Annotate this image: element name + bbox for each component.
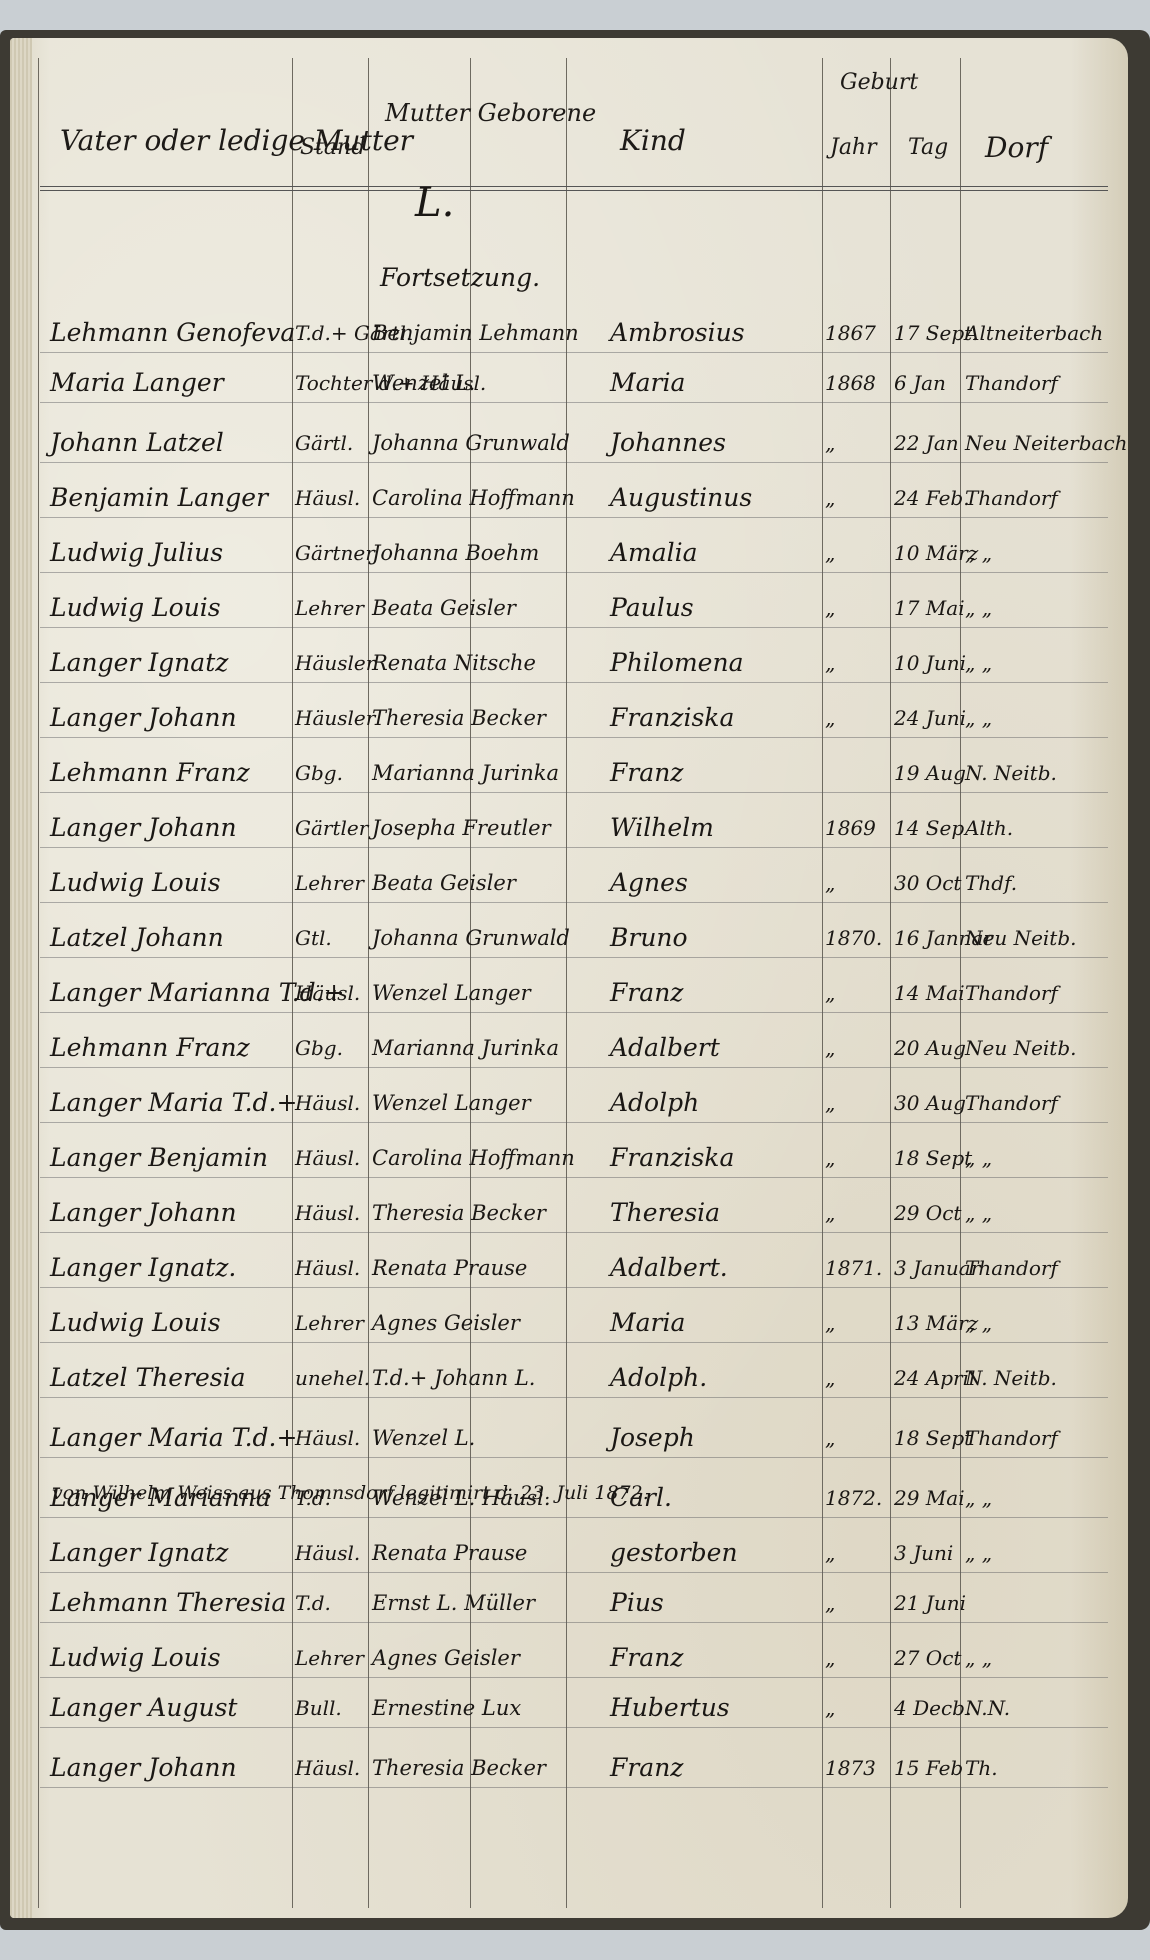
status: Bull. xyxy=(295,1693,342,1723)
row-rule xyxy=(40,352,1108,353)
mother-name: Theresia Becker xyxy=(372,1198,546,1228)
birth-year: „ xyxy=(825,538,835,568)
mother-name: T.d.+ Johann L. xyxy=(372,1363,535,1393)
child-name: Agnes xyxy=(610,868,688,898)
status: Gärtler xyxy=(295,813,368,843)
birth-day: 29 Oct xyxy=(894,1198,961,1228)
row-rule xyxy=(40,1287,1108,1288)
row-rule xyxy=(40,1177,1108,1178)
mother-name: Agnes Geisler xyxy=(372,1308,520,1338)
birth-year: „ xyxy=(825,1538,835,1568)
mother-name: Johanna Boehm xyxy=(372,538,539,568)
child-name: Franz xyxy=(610,1753,683,1783)
child-name: Wilhelm xyxy=(610,813,714,843)
parent-name: Langer August xyxy=(50,1693,237,1723)
birth-year: 1873 xyxy=(825,1753,876,1783)
child-name: Augustinus xyxy=(610,483,752,513)
parent-name: Langer Maria T.d.+ xyxy=(50,1423,297,1453)
child-name: Franz xyxy=(610,978,683,1008)
row-rule xyxy=(40,1067,1108,1068)
child-name: Hubertus xyxy=(610,1693,730,1723)
village: Neu Neitb. xyxy=(965,923,1077,953)
birth-day: 29 Mai xyxy=(894,1483,965,1513)
parent-name: Ludwig Louis xyxy=(50,1643,221,1673)
mother-name: Carolina Hoffmann xyxy=(372,483,575,513)
parent-name: Ludwig Louis xyxy=(50,868,221,898)
village: Altneiterbach xyxy=(965,318,1103,348)
column-line xyxy=(38,58,39,1908)
village: Alth. xyxy=(965,813,1013,843)
birth-year: „ xyxy=(825,1588,835,1618)
status: Häusl. xyxy=(295,1423,360,1453)
status: Gbg. xyxy=(295,758,343,788)
parent-name: Benjamin Langer xyxy=(50,483,268,513)
village: „ „ xyxy=(965,703,992,733)
birth-year: 1871. xyxy=(825,1253,882,1283)
parent-name: Ludwig Julius xyxy=(50,538,223,568)
birth-year: „ xyxy=(825,703,835,733)
mother-name: Carolina Hoffmann xyxy=(372,1143,575,1173)
birth-day: 18 Sept xyxy=(894,1143,972,1173)
village: Thandorf xyxy=(965,978,1058,1008)
village: N. Neitb. xyxy=(965,1363,1057,1393)
child-name: Adolph xyxy=(610,1088,699,1118)
parent-name: Latzel Theresia xyxy=(50,1363,246,1393)
child-name: Adalbert xyxy=(610,1033,720,1063)
mother-name: Wenzel L. xyxy=(372,368,475,398)
mother-name: Ernestine Lux xyxy=(372,1693,521,1723)
birth-year: „ xyxy=(825,868,835,898)
birth-day: 30 Aug xyxy=(894,1088,966,1118)
status: Häusl. xyxy=(295,978,360,1008)
header-day: Tag xyxy=(908,133,948,163)
status: Häusl. xyxy=(295,1088,360,1118)
birth-year: „ xyxy=(825,1308,835,1338)
child-name: Franziska xyxy=(610,1143,734,1173)
parent-name: Johann Latzel xyxy=(50,428,224,458)
birth-day: 18 Sept xyxy=(894,1423,972,1453)
status: Häusl. xyxy=(295,1253,360,1283)
child-name: Bruno xyxy=(610,923,688,953)
row-rule xyxy=(40,1122,1108,1123)
status: Häusl. xyxy=(295,1143,360,1173)
mother-name: Beata Geisler xyxy=(372,593,516,623)
village: Neu Neitb. xyxy=(965,1033,1077,1063)
status: Lehrer xyxy=(295,593,364,623)
birth-year: „ xyxy=(825,1198,835,1228)
village: „ „ xyxy=(965,1143,992,1173)
mother-name: Agnes Geisler xyxy=(372,1643,520,1673)
status: Häusler xyxy=(295,648,375,678)
row-rule xyxy=(40,1342,1108,1343)
child-name: Franz xyxy=(610,1643,683,1673)
row-rule xyxy=(40,1572,1108,1573)
child-name: Philomena xyxy=(610,648,743,678)
village: Thandorf xyxy=(965,483,1058,513)
birth-year: „ xyxy=(825,483,835,513)
child-name: Adolph. xyxy=(610,1363,707,1393)
status: Häusl. xyxy=(295,1198,360,1228)
row-rule xyxy=(40,1727,1108,1728)
mother-name: Johanna Grunwald xyxy=(372,428,570,458)
birth-year: 1869 xyxy=(825,813,876,843)
row-rule xyxy=(40,1012,1108,1013)
row-rule xyxy=(40,627,1108,628)
row-rule xyxy=(40,517,1108,518)
birth-day: 14 Mai xyxy=(894,978,965,1008)
status: Häusl. xyxy=(295,1753,360,1783)
parent-name: Langer Johann xyxy=(50,703,237,733)
status: Gtl. xyxy=(295,923,332,953)
row-rule xyxy=(40,572,1108,573)
row-rule xyxy=(40,1232,1108,1233)
child-name: Adalbert. xyxy=(610,1253,728,1283)
village: „ „ xyxy=(965,1538,992,1568)
birth-day: 20 Aug xyxy=(894,1033,966,1063)
header-child: Kind xyxy=(620,126,686,156)
status: unehel. xyxy=(295,1363,370,1393)
parent-name: Maria Langer xyxy=(50,368,224,398)
birth-day: 6 Jan xyxy=(894,368,946,398)
child-name: gestorben xyxy=(610,1538,738,1568)
birth-day: 15 Feb xyxy=(894,1753,963,1783)
row-rule xyxy=(40,737,1108,738)
birth-year: „ xyxy=(825,593,835,623)
row-rule xyxy=(40,1397,1108,1398)
row-rule xyxy=(40,957,1108,958)
mother-name: Wenzel L. xyxy=(372,1423,475,1453)
mother-name: Renata Prause xyxy=(372,1253,527,1283)
birth-day: 3 Juni xyxy=(894,1538,953,1568)
page-edge xyxy=(10,38,32,1918)
village: Thdf. xyxy=(965,868,1017,898)
birth-day: 17 Mai xyxy=(894,593,965,623)
village: Thandorf xyxy=(965,368,1058,398)
child-name: Ambrosius xyxy=(610,318,745,348)
mother-name: Beata Geisler xyxy=(372,868,516,898)
status: Gbg. xyxy=(295,1033,343,1063)
child-name: Maria xyxy=(610,1308,685,1338)
birth-year: 1872. xyxy=(825,1483,882,1513)
village: Th. xyxy=(965,1753,998,1783)
parent-name: Lehmann Genofeva xyxy=(50,318,295,348)
register-page: Vater oder ledige Mutter Stand Mutter Ge… xyxy=(10,38,1128,1918)
child-name: Paulus xyxy=(610,593,694,623)
village: „ „ xyxy=(965,1643,992,1673)
village: „ „ xyxy=(965,1483,992,1513)
header-village: Dorf xyxy=(985,133,1048,163)
child-name: Franz xyxy=(610,758,683,788)
child-name: Franziska xyxy=(610,703,734,733)
row-rule xyxy=(40,847,1108,848)
parent-name: Langer Ignatz xyxy=(50,1538,228,1568)
birth-year: 1867 xyxy=(825,318,876,348)
birth-year: „ xyxy=(825,978,835,1008)
birth-day: 30 Oct xyxy=(894,868,961,898)
status: Häusl. xyxy=(295,1538,360,1568)
parent-name: Langer Benjamin xyxy=(50,1143,268,1173)
birth-year: 1870. xyxy=(825,923,882,953)
parent-name: Latzel Johann xyxy=(50,923,224,953)
child-name: Pius xyxy=(610,1588,664,1618)
parent-name: Langer Johann xyxy=(50,1198,237,1228)
birth-day: 22 Jan xyxy=(894,428,959,458)
parent-name: Langer Johann xyxy=(50,1753,237,1783)
birth-year: „ xyxy=(825,1033,835,1063)
village: Thandorf xyxy=(965,1253,1058,1283)
row-rule xyxy=(40,1677,1108,1678)
mother-name: Wenzel Langer xyxy=(372,1088,531,1118)
mother-name: Benjamin Lehmann xyxy=(372,318,579,348)
parent-name: Langer Ignatz. xyxy=(50,1253,236,1283)
header-status: Stand xyxy=(300,133,365,163)
birth-year: „ xyxy=(825,1363,835,1393)
header-rule xyxy=(40,186,1108,191)
section-letter: L. xyxy=(415,188,454,218)
birth-year: „ xyxy=(825,1143,835,1173)
status: Häusl. xyxy=(295,483,360,513)
header-year: Jahr xyxy=(830,133,877,163)
mother-name: Theresia Becker xyxy=(372,1753,546,1783)
birth-day: 24 April xyxy=(894,1363,975,1393)
parent-name: Lehmann Theresia xyxy=(50,1588,286,1618)
mother-name: Marianna Jurinka xyxy=(372,1033,559,1063)
child-name: Theresia xyxy=(610,1198,720,1228)
birth-day: 14 Sep xyxy=(894,813,964,843)
village: Thandorf xyxy=(965,1088,1058,1118)
section-note: Fortsetzung. xyxy=(380,263,540,293)
status: Lehrer xyxy=(295,1643,364,1673)
parent-name: Lehmann Franz xyxy=(50,758,250,788)
birth-year: „ xyxy=(825,1423,835,1453)
mother-name: Renata Nitsche xyxy=(372,648,536,678)
mother-name: Josepha Freutler xyxy=(372,813,551,843)
child-name: Joseph xyxy=(610,1423,695,1453)
header-born: Geburt xyxy=(840,68,918,98)
mother-name: Theresia Becker xyxy=(372,703,546,733)
birth-day: 24 Feb. xyxy=(894,483,970,513)
row-rule xyxy=(40,1457,1108,1458)
parent-name: Langer Maria T.d.+ xyxy=(50,1088,297,1118)
column-line xyxy=(822,58,823,1908)
row-rule xyxy=(40,1622,1108,1623)
birth-day: 27 Oct xyxy=(894,1643,961,1673)
child-name: Maria xyxy=(610,368,685,398)
status: Lehrer xyxy=(295,868,364,898)
village: N.N. xyxy=(965,1693,1010,1723)
birth-year: 1868 xyxy=(825,368,876,398)
village: „ „ xyxy=(965,1308,992,1338)
birth-year: „ xyxy=(825,1643,835,1673)
header-mother: Mutter Geborene xyxy=(385,98,596,128)
child-name: Amalia xyxy=(610,538,698,568)
parent-name: Langer Johann xyxy=(50,813,237,843)
village: Neu Neiterbach xyxy=(965,428,1128,458)
parent-name: Ludwig Louis xyxy=(50,1308,221,1338)
birth-day: 10 Juni xyxy=(894,648,966,678)
status: T.d. xyxy=(295,1588,331,1618)
row-rule xyxy=(40,402,1108,403)
row-rule xyxy=(40,682,1108,683)
mother-name: Renata Prause xyxy=(372,1538,527,1568)
row-rule xyxy=(40,1787,1108,1788)
village: N. Neitb. xyxy=(965,758,1057,788)
village: „ „ xyxy=(965,538,992,568)
row-rule xyxy=(40,792,1108,793)
parent-name: Ludwig Louis xyxy=(50,593,221,623)
parent-name: Langer Ignatz xyxy=(50,648,228,678)
row-rule xyxy=(40,902,1108,903)
birth-year: „ xyxy=(825,1088,835,1118)
status: Gärtl. xyxy=(295,428,353,458)
village: Thandorf xyxy=(965,1423,1058,1453)
child-name: Johannes xyxy=(610,428,726,458)
mother-name: Marianna Jurinka xyxy=(372,758,559,788)
row-rule xyxy=(40,1517,1108,1518)
mother-name: Ernst L. Müller xyxy=(372,1588,535,1618)
status: Lehrer xyxy=(295,1308,364,1338)
mother-name: Johanna Grunwald xyxy=(372,923,570,953)
birth-day: 19 Aug xyxy=(894,758,966,788)
row-rule xyxy=(40,462,1108,463)
birth-year: „ xyxy=(825,648,835,678)
status: Häusler xyxy=(295,703,375,733)
birth-year: „ xyxy=(825,428,835,458)
column-line xyxy=(890,58,891,1908)
village: „ „ xyxy=(965,1198,992,1228)
birth-day: 21 Juni xyxy=(894,1588,966,1618)
birth-day: 24 Juni xyxy=(894,703,966,733)
birth-day: 4 Decb. xyxy=(894,1693,971,1723)
birth-year: „ xyxy=(825,1693,835,1723)
legitimation-note: von Wilhelm Weiss aus Thomnsdorf legitim… xyxy=(52,1478,649,1508)
status: Gärtner xyxy=(295,538,375,568)
village: „ „ xyxy=(965,648,992,678)
parent-name: Lehmann Franz xyxy=(50,1033,250,1063)
mother-name: Wenzel Langer xyxy=(372,978,531,1008)
village: „ „ xyxy=(965,593,992,623)
